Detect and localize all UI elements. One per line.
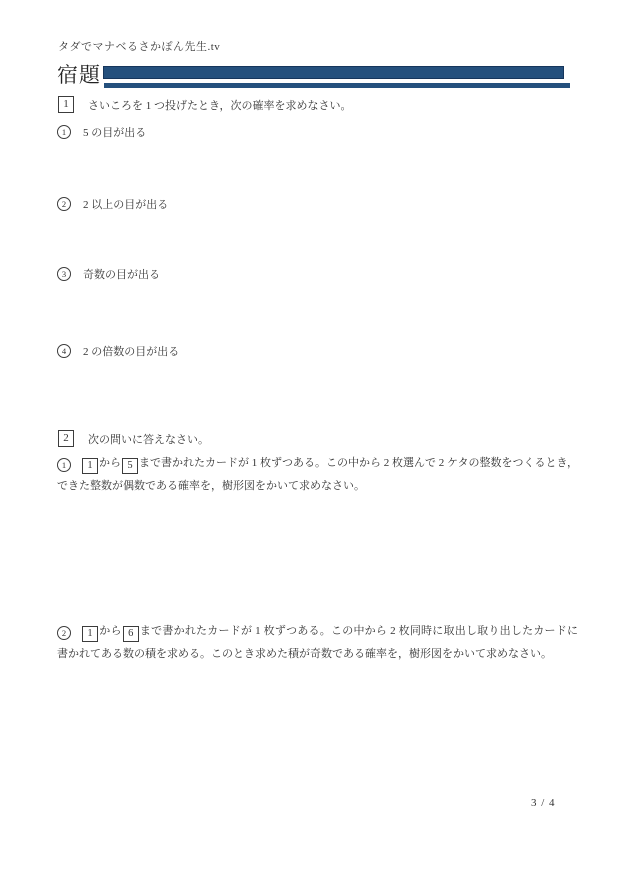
card-number-box: 1 (82, 458, 98, 474)
problem2-number-box: 2 (58, 430, 74, 447)
worksheet-page: タダでマナベるさかぽん先生.tv 宿題 1 さいころを 1 つ投げたとき，次の確… (0, 0, 620, 877)
problem2-question-1: 11から5まで書かれたカードが 1 枚ずつある。この中から 2 枚選んで 2 ケ… (57, 452, 578, 498)
site-name: タダでマナベるさかぽん先生.tv (58, 38, 220, 54)
problem2-header: 2 次の問いに答えなさい。 (58, 430, 209, 447)
item-text: 2 の倍数の目が出る (83, 343, 179, 359)
problem1-item-2: 2 2 以上の目が出る (57, 196, 168, 212)
problem2-intro: 次の問いに答えなさい。 (88, 431, 209, 447)
problem1-number-box: 1 (58, 96, 74, 113)
problem1-item-4: 4 2 の倍数の目が出る (57, 343, 179, 359)
item-text: 奇数の目が出る (83, 266, 160, 282)
problem1-item-3: 3 奇数の目が出る (57, 266, 160, 282)
page-number: 3 / 4 (531, 797, 556, 809)
card-number-box: 1 (82, 626, 98, 642)
card-number-box: 6 (123, 626, 139, 642)
title-bar-thick (103, 66, 564, 79)
circled-marker: 4 (57, 344, 71, 358)
circled-marker: 1 (57, 458, 71, 472)
circled-marker: 1 (57, 125, 71, 139)
question-text-segment: から (99, 457, 121, 469)
question-text-segment: から (99, 625, 122, 637)
problem1-question: さいころを 1 つ投げたとき，次の確率を求めなさい。 (88, 97, 352, 113)
item-text: 2 以上の目が出る (83, 196, 168, 212)
item-text: 5 の目が出る (83, 124, 146, 140)
circled-marker: 2 (57, 197, 71, 211)
card-number-box: 5 (122, 458, 138, 474)
problem1-header: 1 さいころを 1 つ投げたとき，次の確率を求めなさい。 (58, 96, 352, 113)
title-bar-thin (104, 83, 570, 88)
page-title: 宿題 (57, 59, 101, 89)
circled-marker: 3 (57, 267, 71, 281)
problem2-question-2: 21から6まで書かれたカードが 1 枚ずつある。この中から 2 枚同時に取出し取… (57, 620, 578, 666)
circled-marker: 2 (57, 626, 71, 640)
problem1-item-1: 1 5 の目が出る (57, 124, 146, 140)
